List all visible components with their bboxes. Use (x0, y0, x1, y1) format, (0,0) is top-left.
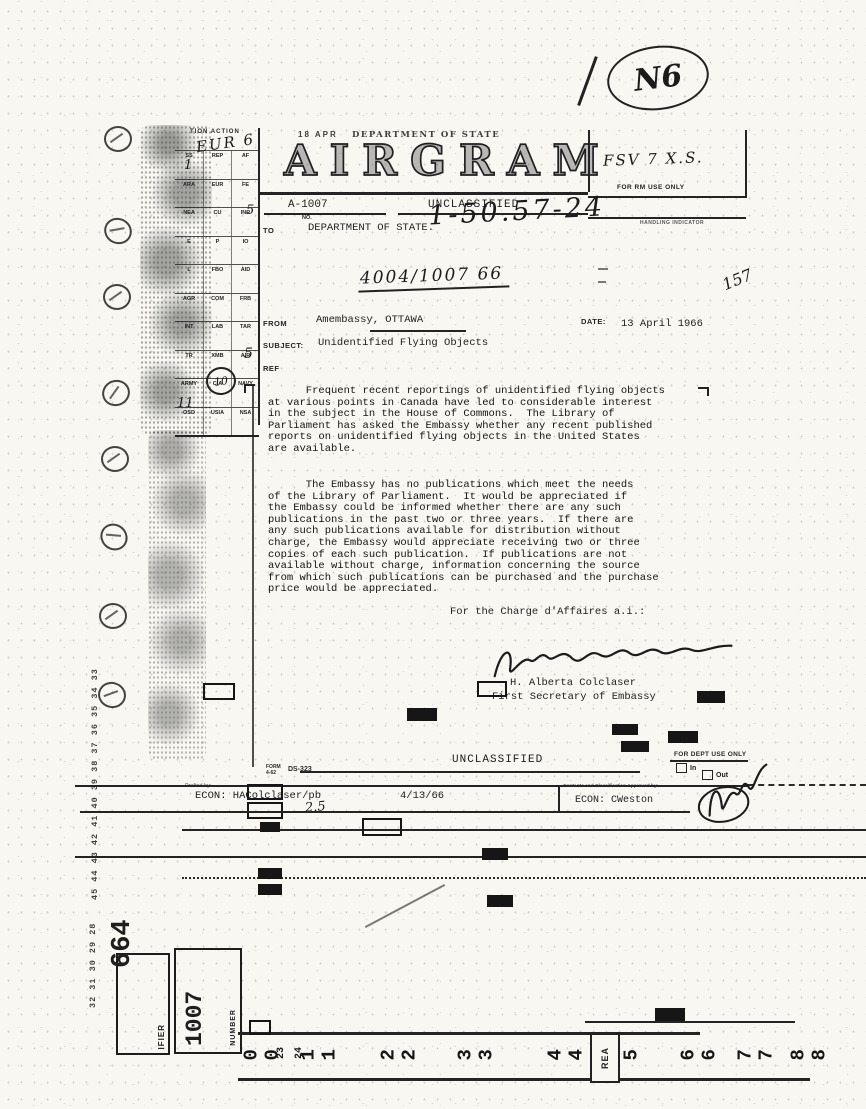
strip-digit: 7 (752, 1046, 786, 1061)
strip-top-rule (238, 1032, 700, 1035)
strip-rea-label: REA (600, 1047, 610, 1069)
corner-mark (698, 387, 709, 396)
drafted-label: Drafted by: (185, 783, 211, 789)
punch-hole-icon (95, 679, 129, 711)
strip-bottom-rule (238, 1078, 810, 1081)
mark-box (249, 1020, 271, 1035)
grid-row: LFBOAID (175, 264, 259, 293)
margin-dash (598, 268, 608, 270)
clearance-divider (558, 785, 560, 812)
grid-cell: FE (231, 180, 259, 208)
mark-box (621, 741, 649, 752)
grid-cell: OSD (175, 408, 203, 436)
from-underline (370, 330, 466, 332)
rule-classification-bottom (300, 771, 640, 773)
airgram-number: A-1007 (288, 199, 328, 211)
strip-group: 44 (550, 1036, 586, 1070)
routing-handwriting: FSV 7 X.S. (603, 148, 704, 169)
strip-digit: 5 (617, 1046, 651, 1061)
strip-digit: 1 (315, 1046, 349, 1061)
punch-hole-icon (103, 284, 131, 310)
identifier-box: IFIER (116, 953, 170, 1055)
punch-hole-icon (98, 376, 133, 410)
grid-cell: P (203, 237, 231, 265)
grid-cell: IO (231, 237, 259, 265)
strip-group: 77 (740, 1036, 776, 1070)
no-label: NO. (302, 215, 312, 221)
classification-bottom: UNCLASSIFIED (452, 754, 543, 766)
body-paragraph-1: Frequent recent reportings of unidentifi… (268, 386, 665, 456)
punch-hole-icon (99, 603, 127, 629)
strip-digit: 3 (472, 1046, 506, 1061)
initials-scribble-icon (686, 754, 783, 837)
mark-box (407, 708, 437, 721)
mark-box (655, 1008, 685, 1021)
mark-box (697, 691, 725, 703)
strip-digit: 2 (395, 1046, 429, 1061)
punch-hole-icon (95, 518, 133, 556)
strip-group: 22 (383, 1036, 419, 1070)
signer-title: First Secretary of Embassy (492, 691, 656, 703)
number-value: 1007 (182, 956, 208, 1046)
margin-ruler-upper: 45 44 43 42 41 40 39 38 37 36 35 34 33 (90, 615, 100, 900)
grid-cell: EUR (203, 180, 231, 208)
rule-lower-1 (182, 829, 866, 831)
subject-value: Unidentified Flying Objects (318, 337, 488, 349)
grid-cell: USIA (203, 408, 231, 436)
circled-note: N6 (603, 40, 712, 116)
approved-label: Contents and Classification Approved by: (563, 784, 658, 789)
grid-cell: AGR (175, 294, 203, 322)
grid-cell: FBO (203, 265, 231, 293)
grid-cell: ARA (175, 180, 203, 208)
scanned-airgram-page: N6 TION ACTION EUR 6 SSREPAFARAEURFENEAC… (0, 0, 866, 1109)
grid-cell: TR (175, 351, 203, 379)
to-label: TO (263, 226, 274, 235)
grid-hand-mark: 1 (184, 158, 192, 173)
signer-name: H. Alberta Colclaser (510, 677, 636, 689)
rm-use-only-label: FOR RM USE ONLY (617, 184, 685, 191)
grid-cell: COM (203, 294, 231, 322)
strip-group: 11 (303, 1036, 339, 1070)
grid-cell: AF (231, 151, 259, 179)
punch-hole-icon (101, 446, 129, 472)
identifier-label: IFIER (157, 1024, 166, 1049)
dept-use-label: FOR DEPT USE ONLY (674, 751, 746, 758)
margin-dash (598, 281, 606, 283)
mark-box (362, 818, 402, 836)
mark-box (258, 884, 282, 895)
mark-box (258, 868, 282, 879)
hand-note: 2.5 (304, 799, 326, 816)
scan-noise-strip (148, 430, 206, 760)
subject-label: SUBJECT: (263, 341, 304, 350)
body-left-border (252, 385, 254, 767)
punch-hole-icon (100, 213, 136, 248)
to-value: DEPARTMENT OF STATE. (308, 222, 434, 234)
strip-digit: 6 (695, 1046, 729, 1061)
number-box: 1007 NUMBER (174, 948, 242, 1054)
from-value: Amembassy, OTTAWA (316, 314, 423, 326)
mark-box (487, 895, 513, 907)
header-right-border (745, 130, 747, 196)
file-number-handwriting: 1-50.57-24 (427, 191, 605, 231)
grid-cell: E (175, 237, 203, 265)
grid-cell: L (175, 265, 203, 293)
strip-group: 33 (460, 1036, 496, 1070)
mark-box (203, 683, 235, 700)
grid-hand-mark: 5 (244, 346, 253, 362)
punch-hole-icon (104, 126, 132, 152)
form-number: DS-323 (288, 766, 312, 773)
airgram-title: AIRGRAM (284, 136, 612, 185)
rule-clearance-bottom (80, 811, 690, 813)
mark-box (612, 724, 638, 735)
strip-upper-rule (585, 1021, 795, 1023)
mark-box (260, 822, 280, 832)
strip-group: 66 (683, 1036, 719, 1070)
grid-cell: AID (231, 265, 259, 293)
serial-handwriting: 4004/1007 66 (358, 263, 510, 292)
drafted-date: 4/13/66 (400, 790, 444, 802)
mark-box (668, 731, 698, 743)
rule-lower-2 (75, 856, 866, 858)
grid-cell: FRB (231, 294, 259, 322)
grid-cell: REP (203, 151, 231, 179)
mark-box (247, 784, 283, 800)
corner-note-text: N6 (632, 58, 684, 99)
rule-lower-dotted (182, 877, 866, 879)
mark-box (482, 848, 508, 860)
grid-cell: INR (231, 208, 259, 236)
mark-box (477, 681, 507, 697)
number-label: NUMBER (230, 1009, 237, 1046)
strip-group: 5 (626, 1036, 641, 1070)
date-value: 13 April 1966 (621, 318, 703, 330)
rule-handling (588, 217, 746, 219)
form-rev: 4-62 (266, 770, 276, 776)
handling-indicator-label: HANDLING INDICATOR (640, 220, 704, 226)
rule-no (264, 213, 386, 215)
margin-handwriting: 157 (720, 265, 755, 294)
grid-row: AGRCOMFRB (175, 293, 259, 322)
rule-under-rm-use (588, 196, 747, 198)
grid-cell: CU (203, 208, 231, 236)
from-label: FROM (263, 319, 287, 328)
grid-hand-mark: 11 (177, 396, 194, 411)
ref-label: REF (263, 364, 280, 373)
grid-right-border (258, 128, 260, 425)
body-paragraph-2: The Embassy has no publications which me… (268, 480, 659, 596)
grid-cell: NSA (231, 408, 259, 436)
grid-cell: LAB (203, 322, 231, 350)
approved-value: ECON: CWeston (575, 795, 653, 806)
closing-line: For the Charge d'Affaires a.i.: (450, 606, 645, 618)
strip-digit: 8 (805, 1046, 839, 1061)
strip-rea-box: REA (590, 1033, 620, 1083)
date-label: DATE: (581, 317, 606, 326)
margin-ruler-lower: 32 31 30 29 28 (88, 878, 98, 1008)
corner-mark (244, 384, 255, 393)
strip-group: 88 (793, 1036, 829, 1070)
grid-hand-mark: 5 (246, 203, 254, 218)
grid-cell: NEA (175, 208, 203, 236)
grid-cell: INT (175, 322, 203, 350)
grid-row: EPIO (175, 236, 259, 265)
diagonal-pencil-mark (365, 884, 445, 928)
slash-mark (577, 56, 597, 106)
